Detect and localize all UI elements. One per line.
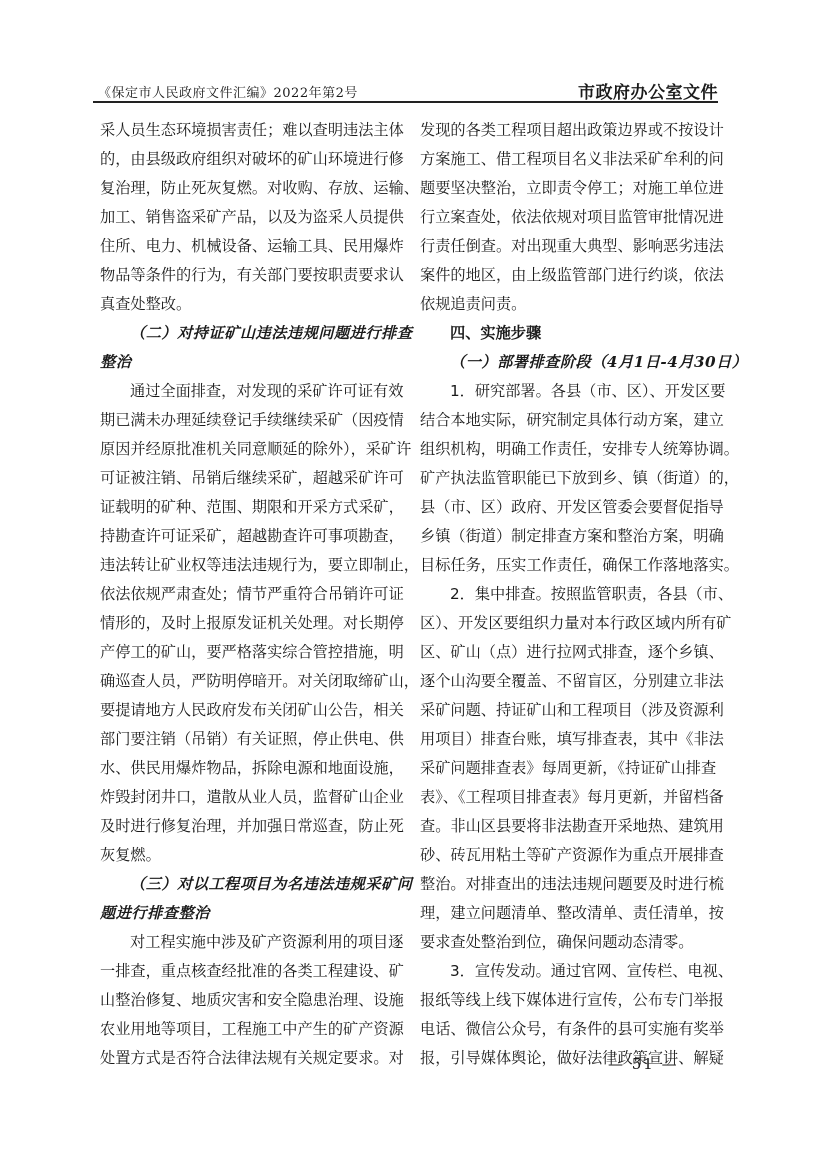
text-line: 行责任倒查。对出现重大典型、影响恶劣违法 <box>420 232 712 261</box>
text-line: 题要坚决整治，立即责令停工；对施工单位进 <box>420 174 712 203</box>
text-line: 通过全面排查，对发现的采矿许可证有效 <box>100 377 390 406</box>
text-line: 行立案查处，依法依规对项目监管审批情况进 <box>420 203 712 232</box>
subsection-heading: （二）对持证矿山违法违规问题进行排查 <box>100 319 390 348</box>
text-line: 炸毁封闭井口，遣散从业人员，监督矿山企业 <box>100 783 390 812</box>
text-line: 方案施工、借工程项目名义非法采矿牟利的问 <box>420 145 712 174</box>
text-line: 对工程实施中涉及矿产资源利用的项目逐 <box>100 928 390 957</box>
text-line: 矿产执法监管职能已下放到乡、镇（街道）的， <box>420 464 712 493</box>
text-line: 目标任务，压实工作责任，确保工作落地落实。 <box>420 551 712 580</box>
text-line: 及时进行修复治理，并加强日常巡查，防止死 <box>100 812 390 841</box>
text-line: 产停工的矿山，要严格落实综合管控措施，明 <box>100 638 390 667</box>
text-line: 真查处整改。 <box>100 290 390 319</box>
text-line: 电话、微信公众号，有条件的县可实施有奖举 <box>420 1015 712 1044</box>
section-heading: 四、实施步骤 <box>420 319 712 348</box>
text-line: 表》、《工程项目排查表》每月更新，并留档备 <box>420 783 712 812</box>
right-column: 发现的各类工程项目超出政策边界或不按设计 方案施工、借工程项目名义非法采矿牟利的… <box>420 116 712 1073</box>
header-rule <box>93 101 718 103</box>
text-line: 一排查，重点核查经批准的各类工程建设、矿 <box>100 957 390 986</box>
text-line: 发现的各类工程项目超出政策边界或不按设计 <box>420 116 712 145</box>
left-column: 采人员生态环境损害责任；难以查明违法主体 的，由县级政府组织对破坏的矿山环境进行… <box>100 116 390 1073</box>
text-line: 加工、销售盗采矿产品，以及为盗采人员提供 <box>100 203 390 232</box>
text-line: 用项目）排查台账，填写排查表，其中《非法 <box>420 725 712 754</box>
text-line: 3．宣传发动。通过官网、宣传栏、电视、 <box>420 957 712 986</box>
text-line: 案件的地区，由上级监管部门进行约谈，依法 <box>420 261 712 290</box>
text-line: 部门要注销（吊销）有关证照，停止供电、供 <box>100 725 390 754</box>
text-line: 区）、开发区要组织力量对本行政区域内所有矿 <box>420 609 712 638</box>
text-line: 住所、电力、机械设备、运输工具、民用爆炸 <box>100 232 390 261</box>
text-line: 依法依规严肃查处；情节严重符合吊销许可证 <box>100 580 390 609</box>
text-line: 报纸等线上线下媒体进行宣传，公布专门举报 <box>420 986 712 1015</box>
text-line: 砂、砖瓦用粘土等矿产资源作为重点开展排查 <box>420 841 712 870</box>
text-line: 确巡查人员，严防明停暗开。对关闭取缔矿山， <box>100 667 390 696</box>
publication-title: 《保定市人民政府文件汇编》2022年第2号 <box>98 82 358 101</box>
text-line: 1．研究部署。各县（市、区）、开发区要 <box>420 377 712 406</box>
text-line: 采人员生态环境损害责任；难以查明违法主体 <box>100 116 390 145</box>
text-line: 区、矿山（点）进行拉网式排查，逐个乡镇、 <box>420 638 712 667</box>
text-line: 采矿问题、持证矿山和工程项目（涉及资源利 <box>420 696 712 725</box>
running-header: 《保定市人民政府文件汇编》2022年第2号 市政府办公室文件 <box>94 78 718 100</box>
text-line: 可证被注销、吊销后继续采矿，超越采矿许可 <box>100 464 390 493</box>
subsection-heading: （三）对以工程项目为名违法违规采矿问 <box>100 870 390 899</box>
text-line: 期已满未办理延续登记手续继续采矿（因疫情 <box>100 406 390 435</box>
text-line: 农业用地等项目，工程施工中产生的矿产资源 <box>100 1015 390 1044</box>
subsection-heading: （一）部署排查阶段（4月1日-4月30日） <box>420 348 712 377</box>
text-line: 理，建立问题清单、整改清单、责任清单，按 <box>420 899 712 928</box>
text-line: 2．集中排查。按照监管职责，各县（市、 <box>420 580 712 609</box>
text-line: 处置方式是否符合法律法规有关规定要求。对 <box>100 1044 390 1073</box>
subsection-heading: 题进行排查整治 <box>100 899 390 928</box>
section-title: 市政府办公室文件 <box>578 78 718 103</box>
text-line: 逐个山沟要全覆盖、不留盲区，分别建立非法 <box>420 667 712 696</box>
text-line: 山整治修复、地质灾害和安全隐患治理、设施 <box>100 986 390 1015</box>
document-page: 《保定市人民政府文件汇编》2022年第2号 市政府办公室文件 采人员生态环境损害… <box>0 0 816 1162</box>
text-line: 要求查处整治到位，确保问题动态清零。 <box>420 928 712 957</box>
text-line: 乡镇（街道）制定排查方案和整治方案，明确 <box>420 522 712 551</box>
text-line: 整治。对排查出的违法违规问题要及时进行梳 <box>420 870 712 899</box>
page-number: — 51 — <box>608 1055 679 1073</box>
text-line: 持勘查许可证采矿，超越勘查许可事项勘查， <box>100 522 390 551</box>
text-line: 水、供民用爆炸物品，拆除电源和地面设施， <box>100 754 390 783</box>
text-line: 原因并经原批准机关同意顺延的除外），采矿许 <box>100 435 390 464</box>
text-line: 灰复燃。 <box>100 841 390 870</box>
text-line: 查。非山区县要将非法勘查开采地热、建筑用 <box>420 812 712 841</box>
text-line: 复治理，防止死灰复燃。对收购、存放、运输、 <box>100 174 390 203</box>
text-line: 依规追责问责。 <box>420 290 712 319</box>
text-line: 证载明的矿种、范围、期限和开采方式采矿， <box>100 493 390 522</box>
text-line: 物品等条件的行为，有关部门要按职责要求认 <box>100 261 390 290</box>
text-line: 县（市、区）政府、开发区管委会要督促指导 <box>420 493 712 522</box>
text-line: 组织机构，明确工作责任，安排专人统筹协调。 <box>420 435 712 464</box>
text-line: 采矿问题排查表》每周更新，《持证矿山排查 <box>420 754 712 783</box>
text-line: 的，由县级政府组织对破坏的矿山环境进行修 <box>100 145 390 174</box>
text-line: 违法转让矿业权等违法违规行为，要立即制止， <box>100 551 390 580</box>
text-line: 情形的，及时上报原发证机关处理。对长期停 <box>100 609 390 638</box>
text-line: 结合本地实际，研究制定具体行动方案，建立 <box>420 406 712 435</box>
subsection-heading: 整治 <box>100 348 390 377</box>
text-line: 要提请地方人民政府发布关闭矿山公告，相关 <box>100 696 390 725</box>
